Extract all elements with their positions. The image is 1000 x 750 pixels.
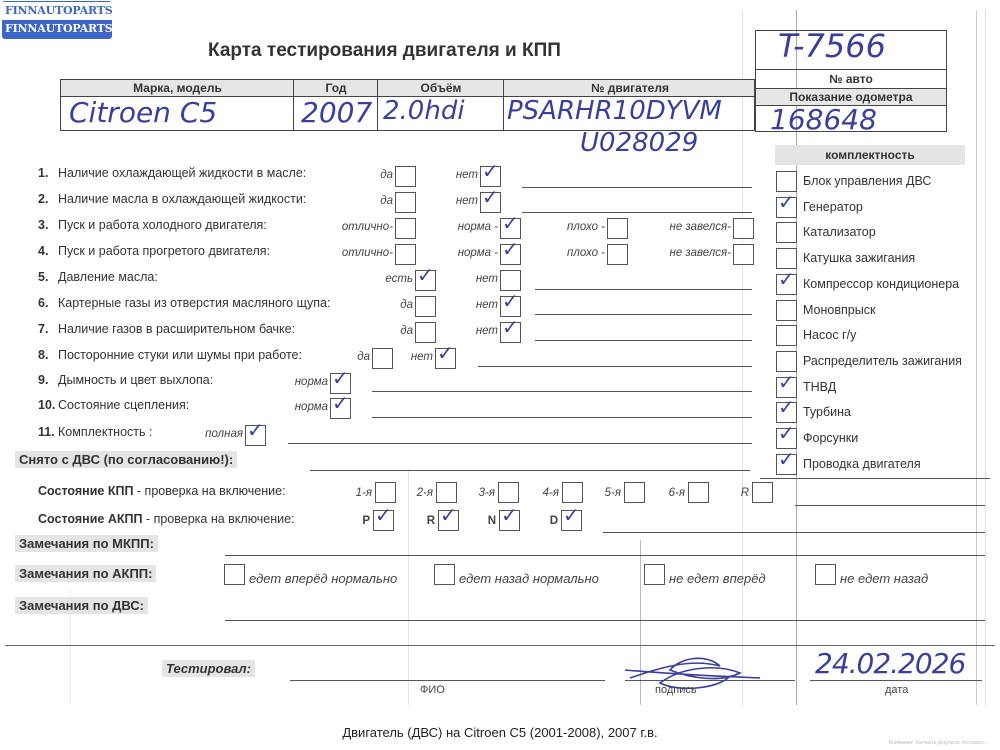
auto-gear-2-checkbox[interactable]: ✓ [438, 510, 459, 531]
checkbox-3-4[interactable] [733, 218, 754, 239]
manual-gearbox-label: Состояние КПП - проверка на включение: [38, 484, 286, 498]
check-mark-icon: ✓ [332, 393, 349, 413]
checkbox-10-1[interactable]: ✓ [330, 398, 351, 419]
item-number: 3. [38, 218, 58, 232]
option-label: не завелся- [641, 221, 731, 233]
option-label: нет [343, 351, 433, 363]
completeness-checkbox-1[interactable] [776, 171, 797, 192]
check-mark-icon: ✓ [247, 420, 264, 440]
option-label: да [303, 195, 393, 207]
checkbox-6-2[interactable]: ✓ [500, 296, 521, 317]
option-label: плохо - [515, 247, 605, 259]
check-mark-icon: ✓ [440, 505, 457, 525]
completeness-item-label: Насос г/у [803, 328, 856, 342]
item-label: Комплектность : [58, 425, 152, 439]
checkbox-5-2[interactable] [500, 270, 521, 291]
item-number: 5. [38, 270, 58, 284]
notes-line [478, 366, 752, 367]
option-label: нет [408, 299, 498, 311]
make-model-value: Citroen C5 [69, 96, 217, 129]
check-item-10: 10.Состояние сцепления: [38, 398, 189, 412]
manual-gear-6-checkbox[interactable] [688, 482, 709, 503]
completeness-checkbox-2[interactable]: ✓ [776, 197, 797, 218]
completeness-checkbox-4[interactable] [776, 248, 797, 269]
auto-gear-3-checkbox[interactable]: ✓ [499, 510, 520, 531]
option-label: отлично- [303, 247, 393, 259]
akpp-remark-2-checkbox[interactable] [434, 564, 455, 585]
fio-label: ФИО [420, 684, 445, 696]
auto-gear-1-checkbox[interactable]: ✓ [373, 510, 394, 531]
vehicle-info-table: Марка, модель Год Объём № двигателя Citr… [60, 79, 755, 131]
completeness-item-label: Моновпрыск [803, 303, 875, 317]
item-label: Дымность и цвет выхлопа: [58, 373, 213, 387]
gear-label: P [350, 515, 370, 527]
auto-gearbox-label: Состояние АКПП - проверка на включение: [38, 512, 295, 526]
check-item-9: 9.Дымность и цвет выхлопа: [38, 373, 213, 387]
item-label: Давление масла: [58, 270, 158, 284]
check-item-1: 1.Наличие охлаждающей жидкости в масле: [38, 166, 306, 180]
option-label: нет [408, 325, 498, 337]
tested-by-label: Тестировал: [162, 660, 255, 677]
check-mark-icon: ✓ [437, 343, 454, 363]
check-mark-icon: ✓ [502, 317, 519, 337]
option-label: норма - [408, 221, 498, 233]
option-label: не завелся- [641, 247, 731, 259]
notes-line [522, 212, 752, 213]
gear-label: 6-я [645, 487, 685, 499]
check-mark-icon: ✓ [778, 372, 795, 392]
engine-number-line-2: U028029 [580, 128, 698, 158]
completeness-item-label: Генератор [803, 200, 863, 214]
check-mark-icon: ✓ [778, 269, 795, 289]
odometer-value: 168648 [770, 103, 877, 136]
notes-line [288, 443, 752, 444]
item-label: Наличие газов в расширительном бачке: [58, 322, 295, 336]
gear-label: R [709, 487, 749, 499]
car-number-odometer-box: T-7566 № авто Показание одометра 168648 [755, 30, 947, 132]
engine-number-value: PSARHR10DYVM [507, 96, 722, 126]
remarks-auto-gearbox-label: Замечания по АКПП: [15, 565, 156, 582]
check-item-5: 5.Давление масла: [38, 270, 158, 284]
remarks-engine-label: Замечания по ДВС: [15, 597, 148, 614]
notes-line [522, 187, 752, 188]
completeness-checkbox-6[interactable] [776, 300, 797, 321]
gear-label: 1-я [332, 487, 372, 499]
completeness-item-label: ТНВД [803, 380, 836, 394]
gear-label: 2-я [393, 487, 433, 499]
watermark-text: Внимание! Запчасть результат тестового..… [889, 740, 988, 746]
gear-label: R [415, 515, 435, 527]
item-number: 2. [38, 192, 58, 206]
completeness-item-label: Компрессор кондиционера [803, 277, 959, 291]
item-label: Картерные газы из отверстия масляного щу… [58, 296, 330, 310]
akpp-remark-3-checkbox[interactable] [644, 564, 665, 585]
check-mark-icon: ✓ [502, 291, 519, 311]
odometer-label: Показание одометра [756, 90, 946, 104]
completeness-checkbox-8[interactable] [776, 351, 797, 372]
akpp-remark-label: едет вперёд нормально [249, 571, 397, 586]
gear-label: 3-я [455, 487, 495, 499]
check-mark-icon: ✓ [375, 505, 392, 525]
checkbox-7-2[interactable]: ✓ [500, 322, 521, 343]
column-make-model: Марка, модель [61, 81, 294, 95]
completeness-checkbox-7[interactable] [776, 325, 797, 346]
check-item-4: 4.Пуск и работа прогретого двигателя: [38, 244, 270, 258]
check-item-6: 6.Картерные газы из отверстия масляного … [38, 296, 330, 310]
item-number: 9. [38, 373, 58, 387]
item-number: 7. [38, 322, 58, 336]
item-label: Наличие охлаждающей жидкости в масле: [58, 166, 306, 180]
car-number-value: T-7566 [778, 27, 886, 65]
akpp-remark-4-checkbox[interactable] [815, 564, 836, 585]
option-label: норма - [408, 247, 498, 259]
check-mark-icon: ✓ [778, 449, 795, 469]
notes-line [535, 289, 752, 290]
completeness-item-label: Проводка двигателя [803, 457, 921, 471]
notes-line [535, 340, 752, 341]
completeness-item-label: Форсунки [803, 431, 858, 445]
item-number: 6. [38, 296, 58, 310]
check-mark-icon: ✓ [501, 505, 518, 525]
completeness-header: комплектность [775, 145, 965, 165]
item-number: 1. [38, 166, 58, 180]
check-mark-icon: ✓ [778, 192, 795, 212]
manual-gear-7-checkbox[interactable] [752, 482, 773, 503]
option-label: норма [238, 401, 328, 413]
document-title: Карта тестирования двигателя и КПП [208, 40, 561, 62]
gear-label: N [476, 515, 496, 527]
checkbox-1-2[interactable]: ✓ [480, 166, 501, 187]
item-number: 4. [38, 244, 58, 258]
option-label: плохо - [515, 221, 605, 233]
item-label: Состояние сцепления: [58, 398, 189, 412]
column-year: Год [294, 81, 378, 95]
akpp-remark-label: не едет вперёд [669, 571, 766, 586]
checkbox-8-2[interactable]: ✓ [435, 348, 456, 369]
option-label: нет [388, 169, 478, 181]
checkbox-2-2[interactable]: ✓ [480, 192, 501, 213]
item-label: Посторонние стуки или шумы при работе: [58, 348, 302, 362]
completeness-checkbox-12[interactable]: ✓ [776, 454, 797, 475]
item-number: 11. [38, 425, 58, 439]
manual-gear-3-checkbox[interactable] [498, 482, 519, 503]
check-mark-icon: ✓ [778, 397, 795, 417]
check-mark-icon: ✓ [482, 187, 499, 207]
option-label: да [323, 325, 413, 337]
completeness-checkbox-11[interactable]: ✓ [776, 428, 797, 449]
signature-label: подпись [655, 684, 697, 696]
option-label: норма [238, 376, 328, 388]
auto-gear-4-checkbox[interactable]: ✓ [561, 510, 582, 531]
page-caption: Двигатель (ДВС) на Citroen C5 (2001-2008… [0, 725, 1000, 740]
completeness-item-label: Турбина [803, 405, 851, 419]
completeness-item-label: Катализатор [803, 225, 876, 239]
item-number: 8. [38, 348, 58, 362]
option-label: да [303, 169, 393, 181]
option-label: отлично- [303, 221, 393, 233]
akpp-remark-label: едет назад нормально [459, 571, 599, 586]
manual-gear-4-checkbox[interactable] [562, 482, 583, 503]
gear-label: 4-я [519, 487, 559, 499]
completeness-item-label: Распределитель зажигания [803, 354, 962, 368]
akpp-remark-label: не едет назад [840, 571, 928, 586]
item-label: Пуск и работа прогретого двигателя: [58, 244, 270, 258]
item-label: Наличие масла в охлаждающей жидкости: [58, 192, 306, 206]
manual-gear-5-checkbox[interactable] [624, 482, 645, 503]
completeness-item-label: Катушка зажигания [803, 251, 915, 265]
notes-line [535, 314, 752, 315]
checkbox-4-4[interactable] [733, 244, 754, 265]
option-label: да [323, 299, 413, 311]
manual-gear-2-checkbox[interactable] [436, 482, 457, 503]
option-label: нет [388, 195, 478, 207]
removed-from-engine-label: Снято с ДВС (по согласованию!): [15, 451, 237, 468]
item-label: Пуск и работа холодного двигателя: [58, 218, 267, 232]
date-value: 24.02.2026 [815, 647, 965, 680]
check-item-3: 3.Пуск и работа холодного двигателя: [38, 218, 267, 232]
check-mark-icon: ✓ [482, 161, 499, 181]
check-item-11: 11.Комплектность : [38, 425, 152, 439]
option-label: есть [323, 273, 413, 285]
volume-value: 2.0hdi [383, 96, 465, 126]
check-mark-icon: ✓ [778, 423, 795, 443]
notes-line [372, 391, 752, 392]
check-mark-icon: ✓ [563, 505, 580, 525]
gear-label: 5-я [581, 487, 621, 499]
check-item-2: 2.Наличие масла в охлаждающей жидкости: [38, 192, 306, 206]
checkbox-11-1[interactable]: ✓ [245, 425, 266, 446]
completeness-checkbox-5[interactable]: ✓ [776, 274, 797, 295]
car-number-label: № авто [756, 72, 946, 86]
check-item-7: 7.Наличие газов в расширительном бачке: [38, 322, 295, 336]
item-number: 10. [38, 398, 58, 412]
column-volume: Объём [378, 81, 504, 95]
column-engine-number: № двигателя [504, 81, 756, 95]
check-mark-icon: ✓ [332, 368, 349, 388]
date-label: дата [885, 684, 908, 696]
completeness-checkbox-3[interactable] [776, 222, 797, 243]
gear-label: D [538, 515, 558, 527]
checkbox-4-3[interactable] [607, 244, 628, 265]
notes-line [372, 417, 752, 418]
option-label: полная [153, 428, 243, 440]
option-label: нет [408, 273, 498, 285]
akpp-remark-1-checkbox[interactable] [224, 564, 245, 585]
year-value: 2007 [301, 96, 372, 129]
remarks-manual-gearbox-label: Замечания по МКПП: [15, 535, 158, 552]
completeness-item-label: Блок управления ДВС [803, 174, 931, 188]
check-item-8: 8.Посторонние стуки или шумы при работе: [38, 348, 302, 362]
checkbox-3-3[interactable] [607, 218, 628, 239]
